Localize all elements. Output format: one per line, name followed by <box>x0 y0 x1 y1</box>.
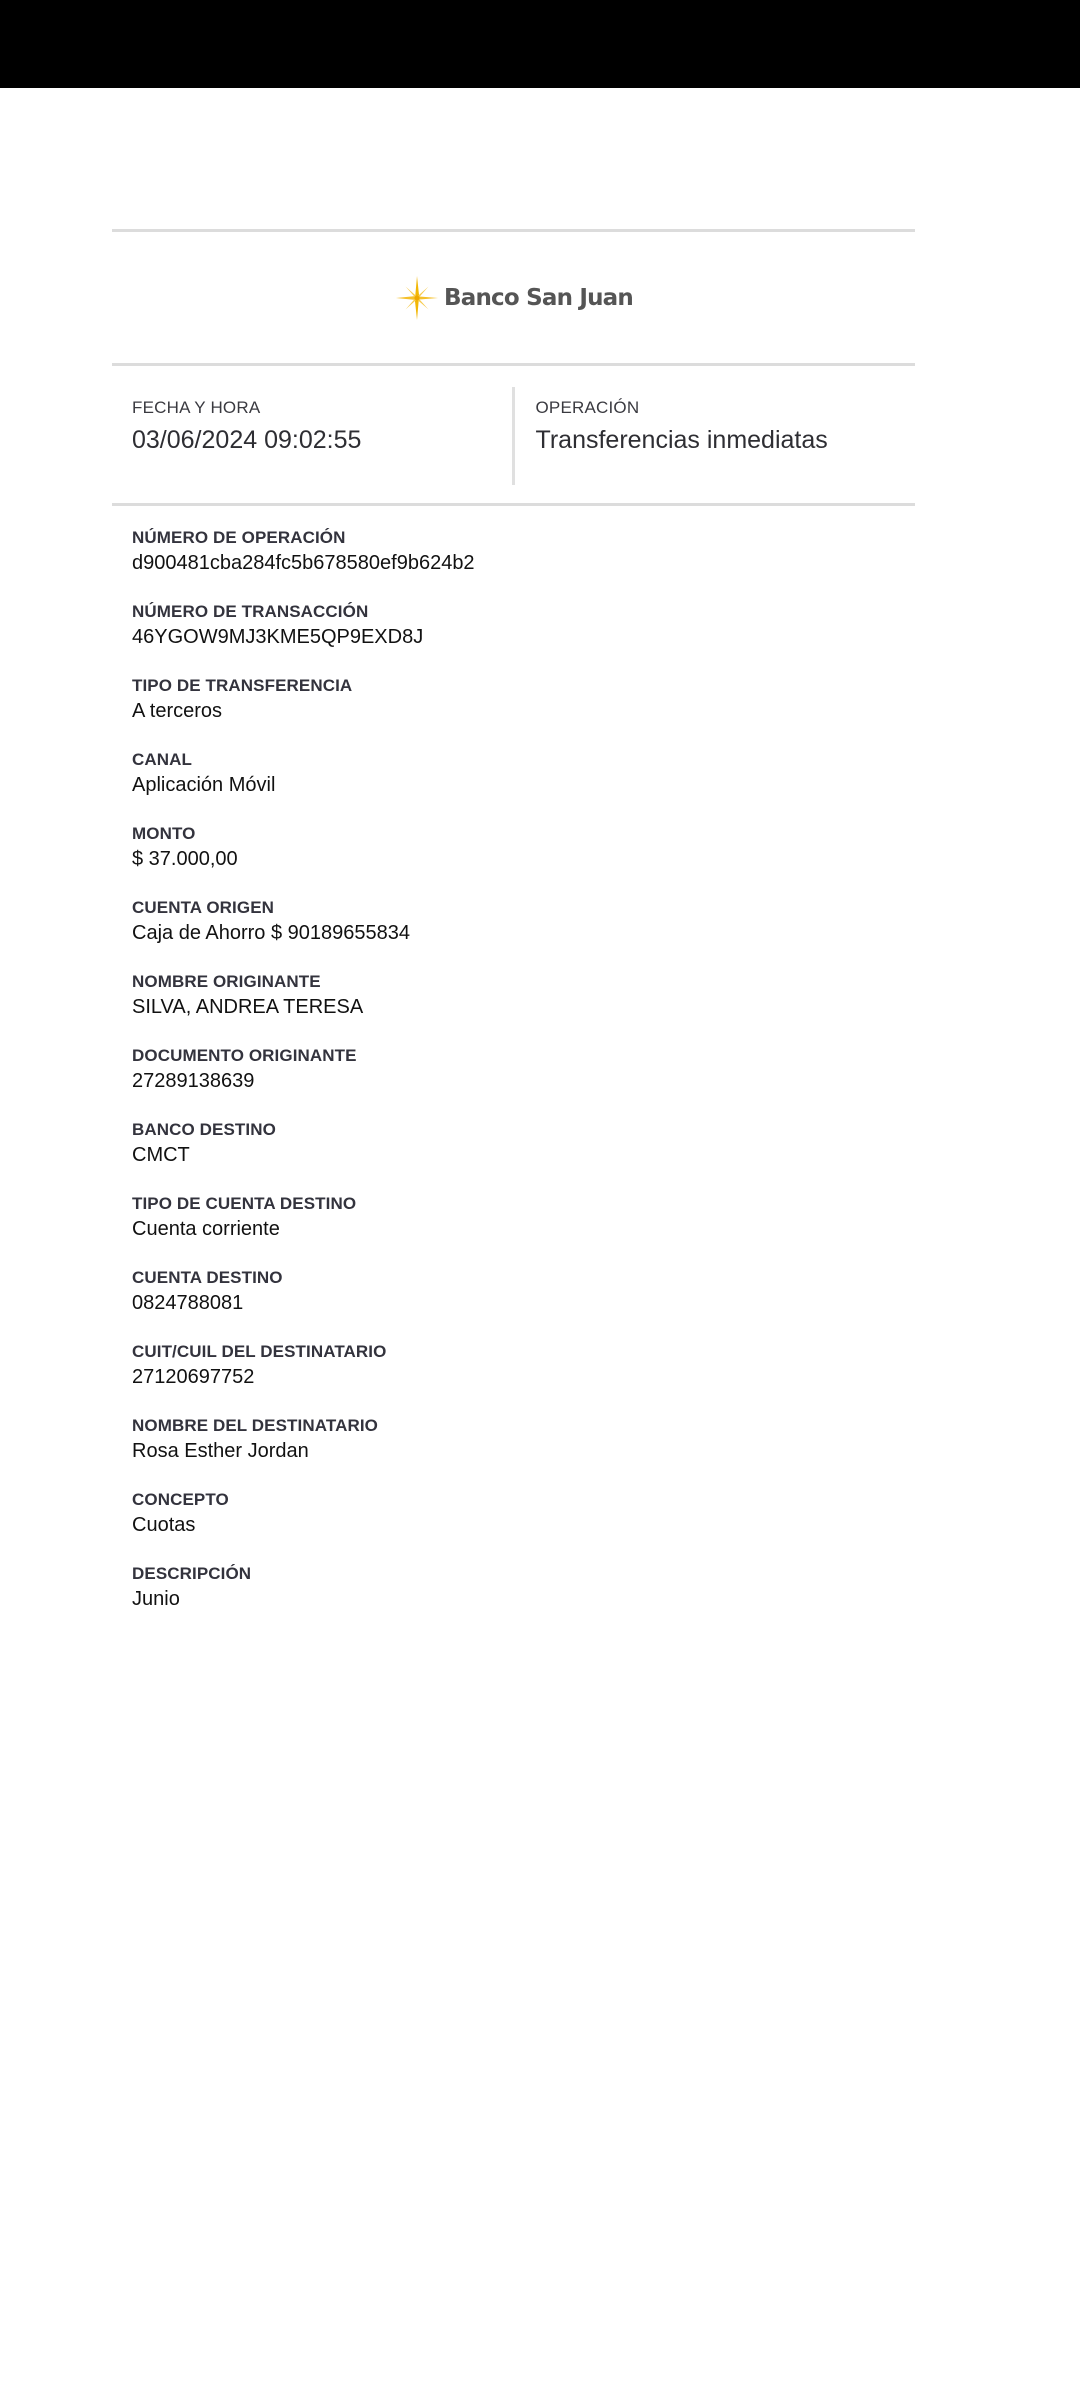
detail-value: CMCT <box>132 1142 915 1168</box>
detail-field: DOCUMENTO ORIGINANTE27289138639 <box>132 1046 915 1120</box>
bank-logo: Banco San Juan <box>394 275 633 321</box>
detail-value: 0824788081 <box>132 1290 915 1316</box>
detail-label: MONTO <box>132 824 915 844</box>
detail-label: CANAL <box>132 750 915 770</box>
detail-value: Junio <box>132 1586 915 1612</box>
detail-field: CANALAplicación Móvil <box>132 750 915 824</box>
header: Banco San Juan <box>112 232 915 363</box>
detail-value: d900481cba284fc5b678580ef9b624b2 <box>132 550 915 576</box>
detail-label: DOCUMENTO ORIGINANTE <box>132 1046 915 1066</box>
detail-value: SILVA, ANDREA TERESA <box>132 994 915 1020</box>
gold-star-icon <box>394 275 440 321</box>
detail-value: Cuotas <box>132 1512 915 1538</box>
date-time-label: FECHA Y HORA <box>132 398 514 418</box>
detail-field: CONCEPTOCuotas <box>132 1490 915 1564</box>
detail-label: CUIT/CUIL DEL DESTINATARIO <box>132 1342 915 1362</box>
date-time-value: 03/06/2024 09:02:55 <box>132 426 514 455</box>
detail-label: NÚMERO DE OPERACIÓN <box>132 528 915 548</box>
detail-value: 27289138639 <box>132 1068 915 1094</box>
detail-value: Aplicación Móvil <box>132 772 915 798</box>
transfer-receipt: Banco San Juan FECHA Y HORA 03/06/2024 0… <box>112 229 915 1638</box>
detail-label: CUENTA ORIGEN <box>132 898 915 918</box>
detail-label: CUENTA DESTINO <box>132 1268 915 1288</box>
detail-field: TIPO DE CUENTA DESTINOCuenta corriente <box>132 1194 915 1268</box>
summary-section: FECHA Y HORA 03/06/2024 09:02:55 OPERACI… <box>112 366 915 503</box>
detail-label: TIPO DE TRANSFERENCIA <box>132 676 915 696</box>
detail-field: CUENTA DESTINO0824788081 <box>132 1268 915 1342</box>
detail-value: A terceros <box>132 698 915 724</box>
detail-label: TIPO DE CUENTA DESTINO <box>132 1194 915 1214</box>
detail-value: Caja de Ahorro $ 90189655834 <box>132 920 915 946</box>
detail-field: DESCRIPCIÓNJunio <box>132 1564 915 1638</box>
detail-label: DESCRIPCIÓN <box>132 1564 915 1584</box>
detail-label: NOMBRE DEL DESTINATARIO <box>132 1416 915 1436</box>
operation-block: OPERACIÓN Transferencias inmediatas <box>514 366 916 503</box>
detail-field: TIPO DE TRANSFERENCIAA terceros <box>132 676 915 750</box>
operation-label: OPERACIÓN <box>536 398 916 418</box>
detail-field: BANCO DESTINOCMCT <box>132 1120 915 1194</box>
details-list: NÚMERO DE OPERACIÓNd900481cba284fc5b6785… <box>112 506 915 1638</box>
detail-value: Cuenta corriente <box>132 1216 915 1242</box>
operation-value: Transferencias inmediatas <box>536 426 916 455</box>
detail-field: NOMBRE ORIGINANTESILVA, ANDREA TERESA <box>132 972 915 1046</box>
detail-field: NOMBRE DEL DESTINATARIORosa Esther Jorda… <box>132 1416 915 1490</box>
detail-value: Rosa Esther Jordan <box>132 1438 915 1464</box>
detail-field: CUIT/CUIL DEL DESTINATARIO27120697752 <box>132 1342 915 1416</box>
detail-field: NÚMERO DE TRANSACCIÓN46YGOW9MJ3KME5QP9EX… <box>132 602 915 676</box>
detail-label: NOMBRE ORIGINANTE <box>132 972 915 992</box>
detail-value: 46YGOW9MJ3KME5QP9EXD8J <box>132 624 915 650</box>
detail-field: MONTO$ 37.000,00 <box>132 824 915 898</box>
detail-label: NÚMERO DE TRANSACCIÓN <box>132 602 915 622</box>
detail-label: CONCEPTO <box>132 1490 915 1510</box>
detail-value: $ 37.000,00 <box>132 846 915 872</box>
detail-label: BANCO DESTINO <box>132 1120 915 1140</box>
status-bar <box>0 0 1080 88</box>
detail-field: CUENTA ORIGENCaja de Ahorro $ 9018965583… <box>132 898 915 972</box>
detail-value: 27120697752 <box>132 1364 915 1390</box>
detail-field: NÚMERO DE OPERACIÓNd900481cba284fc5b6785… <box>132 528 915 602</box>
vertical-divider <box>512 387 515 485</box>
date-time-block: FECHA Y HORA 03/06/2024 09:02:55 <box>112 366 514 503</box>
bank-name: Banco San Juan <box>444 285 633 311</box>
